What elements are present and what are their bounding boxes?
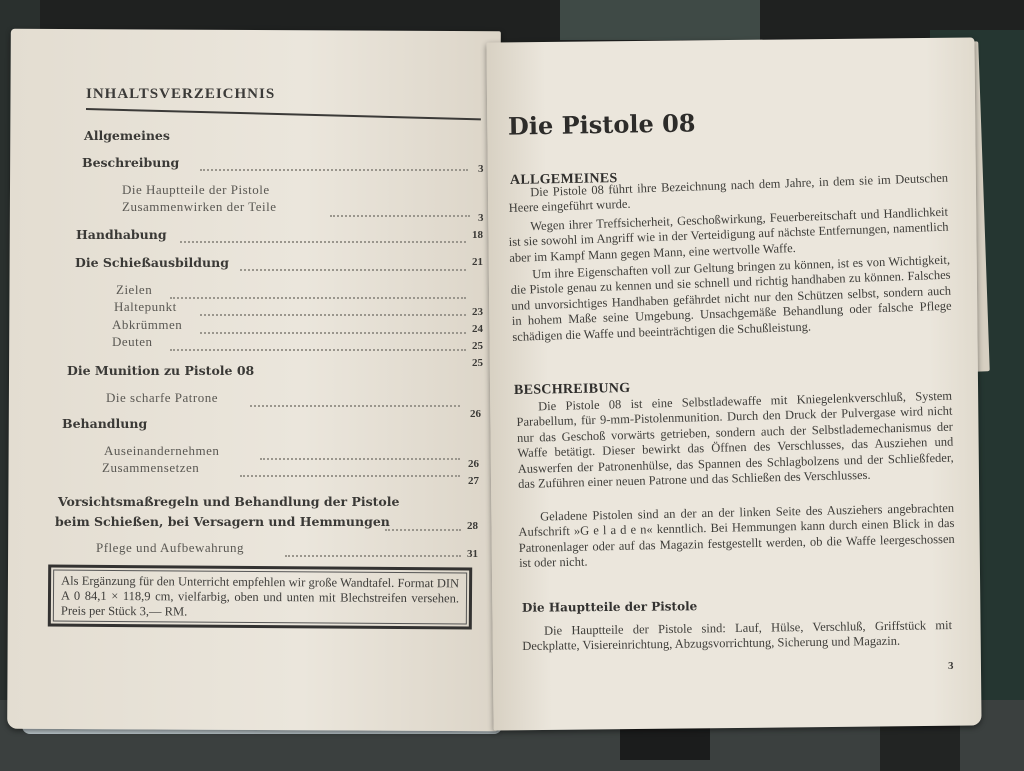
page-title: Die Pistole 08 — [508, 108, 696, 140]
toc-entry: Die scharfe Patrone — [106, 390, 218, 406]
toc-page-number: 18 — [472, 229, 483, 241]
paragraph: Geladene Pistolen sind an der an der lin… — [518, 501, 955, 572]
toc-entry: Beschreibung — [82, 155, 179, 170]
toc-page-number: 23 — [472, 306, 483, 318]
toc-entry: Handhabung — [76, 227, 167, 242]
toc-entry: Vorsichtsmaßregeln und Behandlung der Pi… — [58, 494, 399, 509]
toc-entry: Auseinandernehmen — [104, 443, 219, 459]
toc-entry: Pflege und Aufbewahrung — [96, 540, 244, 556]
toc-entry: Zusammensetzen — [102, 460, 199, 476]
toc-page-number: 31 — [467, 548, 478, 560]
toc-page-number: 3 — [478, 212, 484, 224]
toc-page-number: 3 — [478, 163, 484, 175]
toc-page-number: 24 — [472, 323, 483, 335]
paragraph: Um ihre Eigenschaften voll zur Geltung b… — [510, 253, 952, 345]
paragraph: Die Pistole 08 ist eine Selbstladewaffe … — [516, 389, 954, 493]
toc-page-number: 21 — [472, 256, 483, 268]
subsection-heading: Die Hauptteile der Pistole — [522, 599, 697, 615]
toc-page-number: 25 — [472, 357, 483, 369]
toc-entry: beim Schießen, bei Versagern und Hemmung… — [55, 514, 390, 529]
toc-entry: Haltepunkt — [114, 299, 177, 315]
toc-page-number: 28 — [467, 520, 478, 532]
toc-entry: Abkrümmen — [112, 317, 182, 333]
toc-entry: Die Hauptteile der Pistole — [122, 182, 270, 198]
toc-entry: Zusammenwirken der Teile — [122, 199, 277, 215]
paragraph: Die Hauptteile der Pistole sind: Lauf, H… — [522, 618, 952, 655]
toc-entry: Deuten — [112, 334, 153, 350]
toc-page-number: 26 — [470, 408, 481, 420]
section-heading: BESCHREIBUNG — [514, 381, 631, 399]
toc-entry: Allgemeines — [84, 128, 170, 143]
advertisement-box: Als Ergänzung für den Unterricht empfehl… — [48, 565, 472, 630]
toc-page-number: 26 — [468, 458, 479, 470]
toc-page-number: 25 — [472, 340, 483, 352]
toc-page-number: 27 — [468, 475, 479, 487]
toc-entry: Die Schießausbildung — [75, 255, 229, 270]
page-number: 3 — [948, 660, 954, 672]
toc-entry: Die Munition zu Pistole 08 — [67, 363, 254, 378]
toc-entry: Zielen — [116, 282, 152, 298]
toc-entry: Behandlung — [62, 416, 147, 431]
